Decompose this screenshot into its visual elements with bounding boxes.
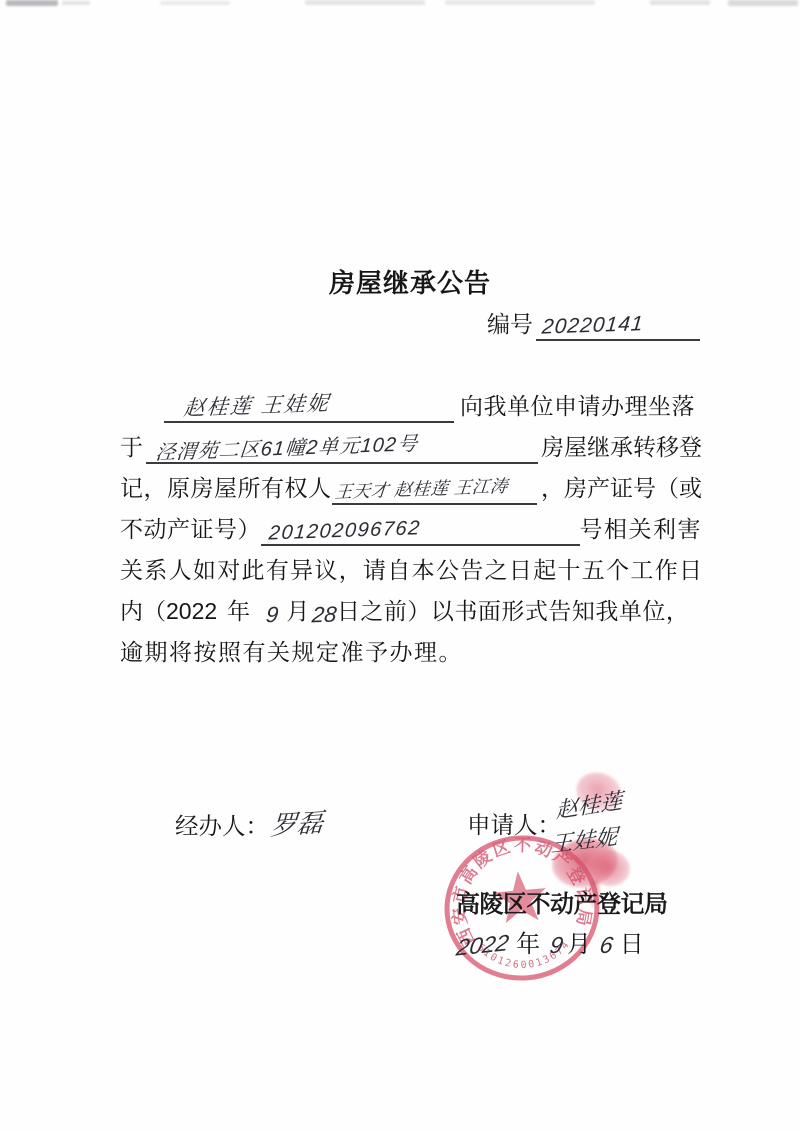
date-day-handwritten: 6 xyxy=(598,932,615,960)
operator-row: 经办人： 罗磊 xyxy=(175,804,323,843)
issue-date-row: 2022 年 9 月 6 日 xyxy=(457,924,644,959)
date-year-handwritten: 2022 xyxy=(455,929,511,961)
applicants-handwritten: 赵桂莲 王娃妮 xyxy=(162,387,331,424)
printed-text: 房屋继承转移登 xyxy=(541,430,702,464)
scan-artifact xyxy=(6,0,58,6)
date-year-unit: 年 xyxy=(516,924,540,959)
printed-text: 记，原房屋所有权人 xyxy=(120,471,332,505)
deadline-day-handwritten: 28 xyxy=(311,602,338,629)
document-number-value-handwritten: 20220141 xyxy=(535,312,645,341)
printed-text: 月 xyxy=(286,594,309,628)
document-number-underline: 20220141 xyxy=(536,308,700,341)
printed-text: 关系人如对此有异议，请自本公告之日起十五个工作日 xyxy=(120,553,702,587)
date-month-handwritten: 9 xyxy=(548,932,565,960)
registry-office-name: 高陵区不动产登记局 xyxy=(456,884,668,919)
body-line-6: 内（2022 年 9 月 28 日之前）以书面形式告知我单位， xyxy=(120,590,702,628)
scan-artifact xyxy=(650,0,710,5)
body-line-4: 不动产证号） 201202096762 号相关利害 xyxy=(120,508,702,546)
printed-text: 年 xyxy=(227,594,250,628)
body-line-7: 逾期将按照有关规定准予办理。 xyxy=(120,631,702,669)
cert-number-handwritten: 201202096762 xyxy=(260,517,422,547)
address-underline: 泾渭苑二区61幢2单元102号 xyxy=(146,431,538,464)
applicants-underline: 赵桂莲 王娃妮 xyxy=(164,390,454,423)
scanned-document-page: 房屋继承公告 编号 20220141 赵桂莲 王娃妮 向我单位申请办理坐落 于 … xyxy=(0,0,800,1131)
operator-signature-handwritten: 罗磊 xyxy=(270,802,325,843)
scan-artifact xyxy=(728,0,798,6)
printed-text: 日之前）以书面形式告知我单位， xyxy=(337,594,690,628)
cert-number-underline: 201202096762 xyxy=(261,513,580,546)
applicant-label: 申请人： xyxy=(467,808,561,842)
operator-label: 经办人： xyxy=(175,809,269,843)
body-line-5: 关系人如对此有异议，请自本公告之日起十五个工作日 xyxy=(120,549,702,587)
date-day-unit: 日 xyxy=(620,924,644,959)
owners-handwritten: 王天才 赵桂莲 王江涛 xyxy=(330,473,509,506)
scan-artifact xyxy=(445,0,595,5)
scan-artifact xyxy=(160,1,230,5)
printed-text: 号相关利害 xyxy=(580,512,703,546)
printed-text: 于 xyxy=(120,430,143,464)
body-line-1: 赵桂莲 王娃妮 向我单位申请办理坐落 xyxy=(120,385,702,423)
owners-underline: 王天才 赵桂莲 王江涛 xyxy=(332,472,538,505)
scan-artifact xyxy=(62,1,90,5)
body-line-2: 于 泾渭苑二区61幢2单元102号 房屋继承转移登 xyxy=(120,426,702,464)
document-title: 房屋继承公告 xyxy=(320,263,500,300)
document-number-label: 编号 xyxy=(487,307,533,341)
applicant-signature-1-handwritten: 赵桂莲 xyxy=(555,784,622,825)
printed-text: ，房产证号（或 xyxy=(541,471,702,505)
document-number-row: 编号 20220141 xyxy=(487,307,700,341)
printed-text: 内（2022 xyxy=(120,594,217,628)
body-line-3: 记，原房屋所有权人 王天才 赵桂莲 王江涛 ，房产证号（或 xyxy=(120,467,702,505)
printed-text: 逾期将按照有关规定准予办理。 xyxy=(120,635,463,669)
printed-text: 不动产证号） xyxy=(120,512,261,546)
deadline-month-handwritten: 9 xyxy=(265,602,280,628)
printed-text: 向我单位申请办理坐落 xyxy=(460,389,695,423)
scan-artifact xyxy=(305,0,425,5)
date-month-unit: 月 xyxy=(567,924,591,959)
address-handwritten: 泾渭苑二区61幢2单元102号 xyxy=(144,427,419,466)
